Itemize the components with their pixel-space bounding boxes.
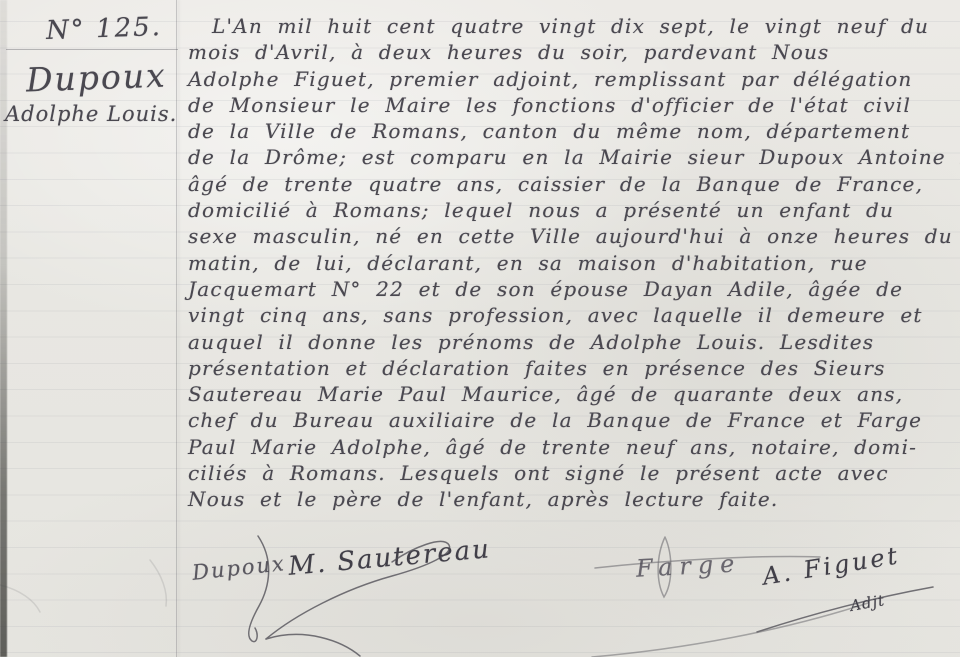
act-number-underline [6, 49, 178, 50]
act-text-line: ciliés à Romans. Lesquels ont signé le p… [188, 460, 950, 486]
act-text-line: auquel il donne les prénoms de Adolphe L… [188, 329, 950, 355]
act-text-line: sexe masculin, né en cette Ville aujourd… [188, 223, 950, 249]
act-text-line: de Monsieur le Maire les fonctions d'off… [188, 92, 950, 118]
act-text-line: mois d'Avril, à deux heures du soir, par… [188, 39, 950, 65]
signature-officer-title: Adjt [849, 591, 887, 615]
act-text-line: Jacquemart N° 22 et de son épouse Dayan … [188, 276, 950, 302]
register-page: N° 125. Dupoux Adolphe Louis. L'An mil h… [0, 0, 960, 657]
act-text-line: Nous et le père de l'enfant, après lectu… [188, 486, 950, 512]
act-body: L'An mil huit cent quatre vingt dix sept… [188, 13, 950, 513]
margin-fold-line [176, 0, 177, 657]
act-number: N° 125. [46, 12, 163, 46]
act-text-line: domicilié à Romans; lequel nous a présen… [188, 197, 950, 223]
act-text-line: Paul Marie Adolphe, âgé de trente neuf a… [188, 434, 950, 460]
act-text-line: âgé de trente quatre ans, caissier de la… [188, 171, 950, 197]
act-text-line: Sautereau Marie Paul Maurice, âgé de qua… [188, 381, 950, 407]
act-text-line: de la Ville de Romans, canton du même no… [188, 118, 950, 144]
act-text-line: Adolphe Figuet, premier adjoint, remplis… [188, 66, 950, 92]
act-text-line: vingt cinq ans, sans profession, avec la… [188, 302, 950, 328]
signature-sautereau: M. Sautereau [287, 534, 492, 582]
signature-dupoux: Dupoux [191, 551, 287, 585]
margin-surname: Dupoux [25, 56, 167, 100]
act-text-line: matin, de lui, déclarant, en sa maison d… [188, 250, 950, 276]
act-text-line: L'An mil huit cent quatre vingt dix sept… [188, 13, 950, 39]
signature-farge: Farge [635, 549, 742, 582]
act-text-line: de la Drôme; est comparu en la Mairie si… [188, 144, 950, 170]
binding-edge [0, 0, 7, 657]
act-text-line: chef du Bureau auxiliaire de la Banque d… [188, 407, 950, 433]
signature-figuet: A. Figuet [761, 541, 902, 590]
act-text-line: présentation et déclaration faites en pr… [188, 355, 950, 381]
margin-given-names: Adolphe Louis. [5, 102, 177, 126]
